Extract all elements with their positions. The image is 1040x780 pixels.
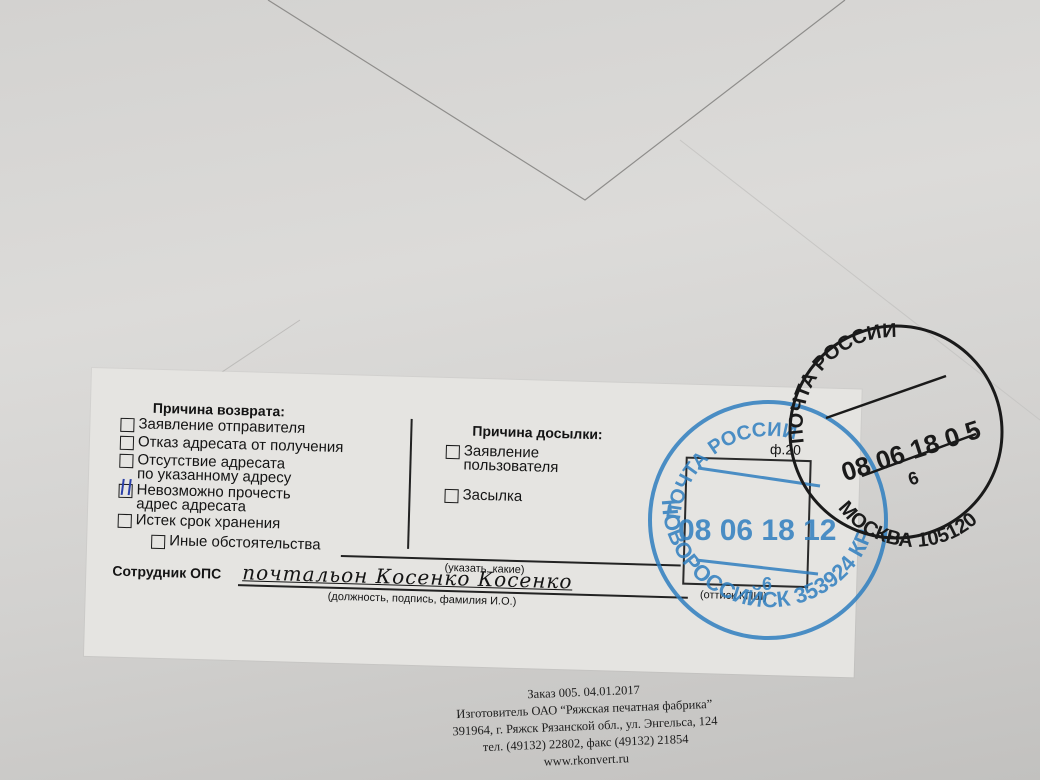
employee-hint: (должность, подпись, фамилия И.О.) [328, 591, 517, 608]
manufacturer-info: Заказ 005. 04.01.2017 Изготовитель ОАО “… [418, 677, 751, 775]
checkbox[interactable] [120, 436, 134, 450]
employee-label: Сотрудник ОПС [112, 563, 221, 582]
checkbox[interactable] [446, 445, 460, 459]
return-option-other[interactable]: Иные обстоятельства [151, 534, 321, 554]
form-code: ф.20 [770, 441, 801, 458]
black-stamp-index: 6 [906, 467, 922, 489]
checkbox[interactable] [118, 514, 132, 528]
checkbox[interactable] [151, 535, 165, 549]
forward-option-user-request[interactable]: Заявлениепользователя [445, 444, 559, 475]
forward-reason-title: Причина досылки: [472, 423, 603, 443]
checkbox[interactable] [444, 489, 458, 503]
kpsh-stamp-box [682, 457, 812, 588]
forward-option-misrouted[interactable]: Засылка [444, 488, 522, 505]
checkbox[interactable] [120, 418, 134, 432]
return-form-label: Причина возврата: Заявление отправителя … [84, 368, 862, 677]
return-option-storage-expired[interactable]: Истек срок хранения [118, 513, 281, 533]
checkbox-checked[interactable] [118, 484, 132, 498]
column-divider [407, 419, 413, 549]
kpsh-hint: (оттиск КПШ) [700, 589, 767, 603]
checkbox[interactable] [119, 454, 133, 468]
